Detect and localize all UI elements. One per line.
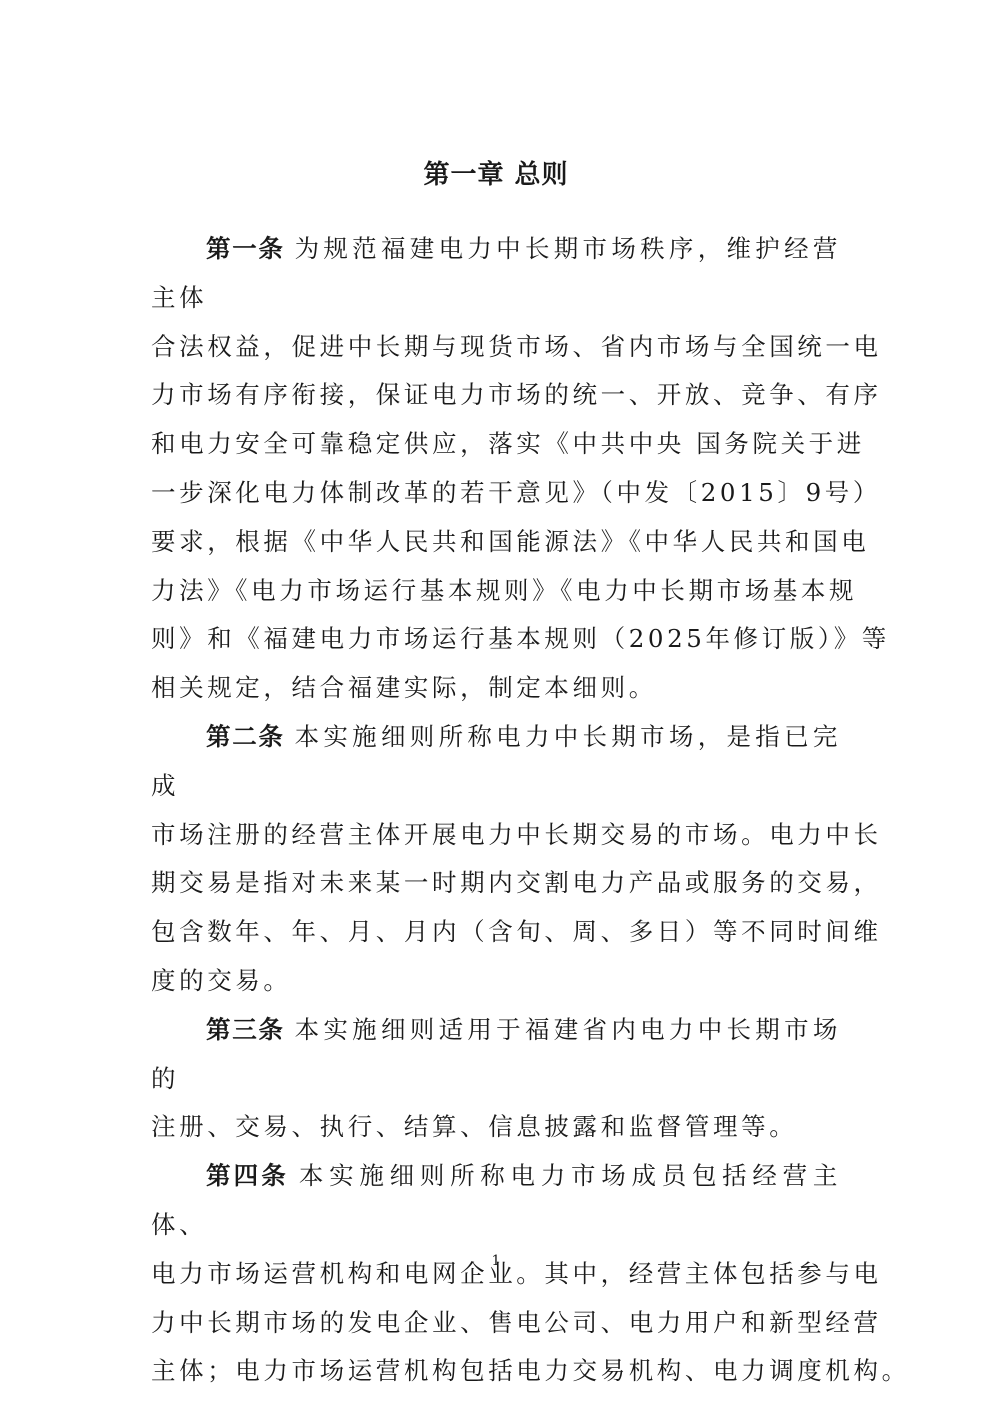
article-text-line: 要求，根据《中华人民共和国能源法》《中华人民共和国电 bbox=[151, 518, 841, 567]
article-text-line: 力市场有序衔接，保证电力市场的统一、开放、竞争、有序 bbox=[151, 371, 841, 420]
article-text-line: 主体；电力市场运营机构包括电力交易机构、电力调度机构。 bbox=[151, 1347, 841, 1396]
article-4: 第四条本实施细则所称电力市场成员包括经营主体、 bbox=[151, 1152, 841, 1250]
article-text-line: 合法权益，促进中长期与现货市场、省内市场与全国统一电 bbox=[151, 323, 841, 372]
article-text-line: 注册、交易、执行、结算、信息披露和监督管理等。 bbox=[151, 1103, 841, 1152]
article-1-continued: 合法权益，促进中长期与现货市场、省内市场与全国统一电 力市场有序衔接，保证电力市… bbox=[151, 323, 841, 713]
article-label: 第二条 bbox=[206, 722, 285, 751]
article-1: 第一条为规范福建电力中长期市场秩序，维护经营主体 bbox=[151, 225, 841, 323]
article-text-line: 和电力安全可靠稳定供应，落实《中共中央 国务院关于进 bbox=[151, 420, 841, 469]
article-2: 第二条本实施细则所称电力中长期市场，是指已完成 bbox=[151, 713, 841, 811]
article-4-continued: 电力市场运营机构和电网企业。其中，经营主体包括参与电 力中长期市场的发电企业、售… bbox=[151, 1250, 841, 1396]
article-3-continued: 注册、交易、执行、结算、信息披露和监督管理等。 bbox=[151, 1103, 841, 1152]
article-3: 第三条本实施细则适用于福建省内电力中长期市场的 bbox=[151, 1006, 841, 1104]
document-body: 第一条为规范福建电力中长期市场秩序，维护经营主体 合法权益，促进中长期与现货市场… bbox=[151, 225, 841, 1396]
article-label: 第四条 bbox=[206, 1161, 289, 1190]
article-text-line: 包含数年、年、月、月内（含旬、周、多日）等不同时间维 bbox=[151, 908, 841, 957]
article-text-line: 期交易是指对未来某一时期内交割电力产品或服务的交易， bbox=[151, 859, 841, 908]
article-text-line: 力法》《电力市场运行基本规则》《电力中长期市场基本规 bbox=[151, 567, 841, 616]
article-text-line: 力中长期市场的发电企业、售电公司、电力用户和新型经营 bbox=[151, 1299, 841, 1348]
article-text-line: 则》和《福建电力市场运行基本规则（2025年修订版）》等 bbox=[151, 615, 841, 664]
article-text-line: 度的交易。 bbox=[151, 957, 841, 1006]
article-label: 第一条 bbox=[206, 234, 285, 263]
article-2-continued: 市场注册的经营主体开展电力中长期交易的市场。电力中长 期交易是指对未来某一时期内… bbox=[151, 811, 841, 1006]
article-text-line: 一步深化电力体制改革的若干意见》（中发〔2015〕9号） bbox=[151, 469, 841, 518]
page-number: 1 bbox=[0, 1253, 992, 1269]
article-text-line: 市场注册的经营主体开展电力中长期交易的市场。电力中长 bbox=[151, 811, 841, 860]
article-text-line: 相关规定，结合福建实际，制定本细则。 bbox=[151, 664, 841, 713]
chapter-title: 第一章 总则 bbox=[0, 155, 992, 195]
article-label: 第三条 bbox=[206, 1015, 285, 1044]
document-page: 第一章 总则 第一条为规范福建电力中长期市场秩序，维护经营主体 合法权益，促进中… bbox=[0, 0, 992, 1403]
